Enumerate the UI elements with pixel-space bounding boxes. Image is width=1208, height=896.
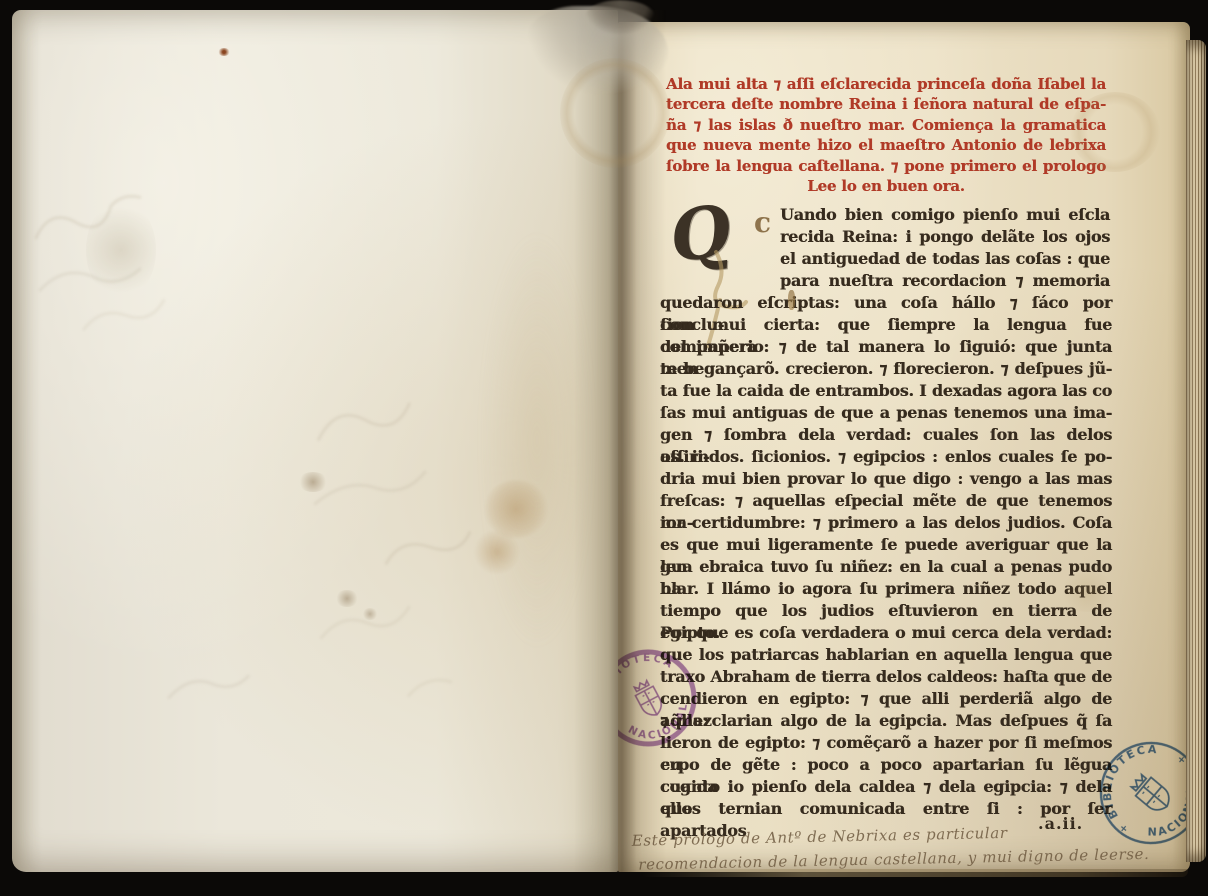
fore-edge-page-stack: [1186, 40, 1206, 862]
text-line: erpo de gẽte : poco a poco apartarian ſu…: [660, 754, 1112, 776]
text-line: cendieron en egipto: ⁊ que alli perderiã…: [660, 688, 1112, 710]
red-incipit-heading: Ala mui alta ⁊ aſſi eſclarecida princeſa…: [666, 74, 1106, 196]
text-line: Lee lo en buen ora.: [666, 176, 1106, 196]
text-line: cuanto io pienſo dela caldea ⁊ dela egip…: [660, 776, 1112, 798]
text-line: es que mui ligeramente ſe puede averigua…: [660, 534, 1112, 556]
text-line: Ala mui alta ⁊ aſſi eſclarecida princeſa…: [666, 74, 1106, 94]
text-line: dria mui bien provar lo que digo : vengo…: [660, 468, 1112, 490]
text-line: que los patriarcas hablarian en aquella …: [660, 644, 1112, 666]
text-line: lieron de egipto: ⁊ comẽçarõ a hazer por…: [660, 732, 1112, 754]
text-line: ta fue la caida de entrambos. I dexadas …: [660, 380, 1112, 402]
gutter-top-smudge: [585, 0, 655, 34]
stamp-crest-icon: [631, 678, 666, 719]
text-line: ſion mui cierta: que ſiempre la lengua f…: [660, 314, 1112, 336]
svg-text:+: +: [1117, 820, 1132, 835]
body-opening-lines: Uando bien comigo pienſo mui eſclarecida…: [780, 204, 1110, 292]
right-page-prologue: + prologo. Ala mui alta ⁊ aſſi eſclareci…: [618, 22, 1190, 872]
text-line: Por que es coſa verdadera o mui cerca de…: [660, 622, 1112, 644]
text-line: tiempo que los judios eſtuvieron en tier…: [660, 600, 1112, 622]
bleed-through-ghost-writing: [12, 10, 618, 872]
text-line: ior certidumbre: ⁊ primero a las delos j…: [660, 512, 1112, 534]
body-text-block: quedaron eſcriptas: una coſa hállo ⁊ ſác…: [660, 292, 1112, 820]
gutter-stain-ring: [560, 58, 670, 168]
text-line: ſobre la lengua caſtellana. ⁊ pone prime…: [666, 156, 1106, 176]
text-line: el antiguedad de todas las coſas : que: [780, 248, 1110, 270]
text-line: gua ebraica tuvo ſu niñez: en la cual a …: [660, 556, 1112, 578]
text-line: quedaron eſcriptas: una coſa hállo ⁊ ſác…: [660, 292, 1112, 314]
text-line: que nueva mente hizo el maeſtro Antonio …: [666, 135, 1106, 155]
text-line: freſcas: ⁊ aquellas eſpecial mẽte de que…: [660, 490, 1112, 512]
text-line: te begançarõ. crecieron. ⁊ florecieron. …: [660, 358, 1112, 380]
text-line: Uando bien comigo pienſo mui eſcla: [780, 204, 1110, 226]
stamp-crest-icon: [1128, 771, 1175, 816]
text-line: ſas mui antiguas de que a penas tenemos …: [660, 402, 1112, 424]
printed-guide-letter: c: [754, 206, 771, 239]
text-line: ⁊ mezclarian algo de la egipcia. Mas deſ…: [660, 710, 1112, 732]
bottom-page-edge: [640, 869, 1188, 877]
text-line: os. indos. ſicionios. ⁊ egipcios : enlos…: [660, 446, 1112, 468]
book-scan: + prologo. Ala mui alta ⁊ aſſi eſclareci…: [0, 0, 1208, 896]
text-line: traxo Abraham de tierra delos caldeos: h…: [660, 666, 1112, 688]
text-line: ña ⁊ las islas ð nueſtro mar. Comiença l…: [666, 115, 1106, 135]
text-line: gen ⁊ ſombra dela verdad: cuales ſon las…: [660, 424, 1112, 446]
left-page-blank: [12, 10, 618, 872]
text-line: del imperio: ⁊ de tal manera lo ſiguió: …: [660, 336, 1112, 358]
text-line: tercera deſte nombre Reina i ſeñora natu…: [666, 94, 1106, 114]
text-line: recida Reina: i pongo delãte los ojos: [780, 226, 1110, 248]
text-line: blar. I llámo io agora ſu primera niñez …: [660, 578, 1112, 600]
text-line: para nueſtra recordacion ⁊ memoria: [780, 270, 1110, 292]
